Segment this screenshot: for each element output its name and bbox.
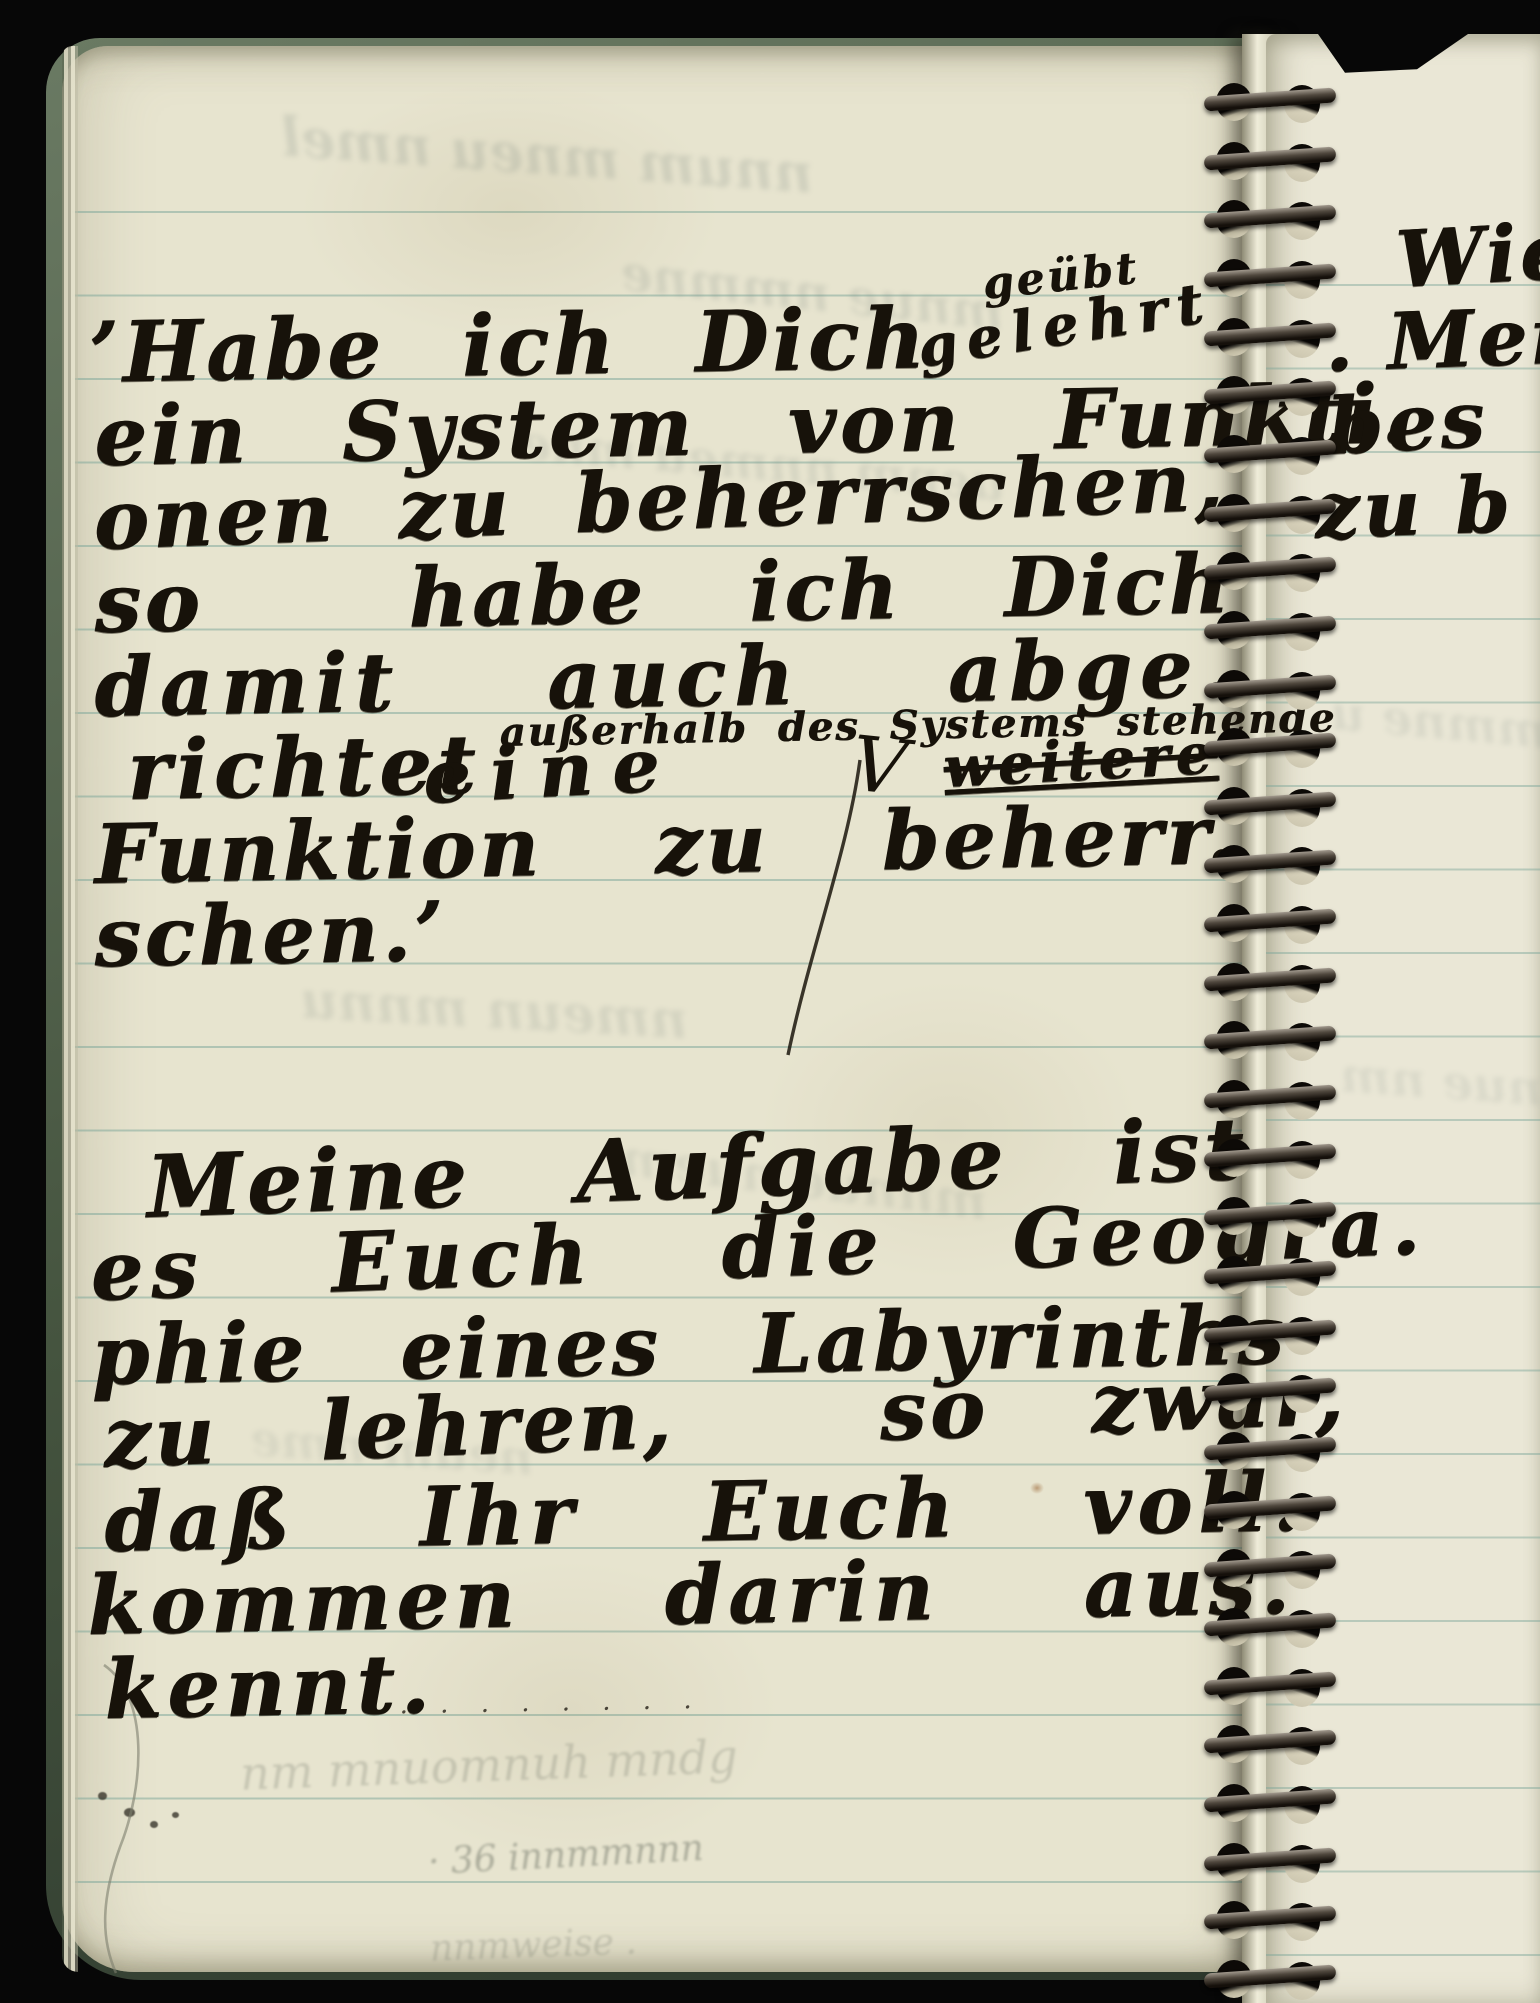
line-funktion: Funktion zu beherr. xyxy=(94,794,1239,896)
fragment-mei: . Mei xyxy=(1323,298,1540,384)
struck-word: weitere xyxy=(942,726,1218,796)
ink-dot xyxy=(150,1821,158,1828)
ink-dot xyxy=(98,1792,107,1800)
line-schen: schen.’ xyxy=(94,891,448,979)
fragment-zu-b: zu b xyxy=(1313,466,1514,551)
notebook-photo: nnum mneu nmelmnue nmmneuenm nnmeu mnenm… xyxy=(0,0,1540,2003)
line-kennt: kennt. xyxy=(104,1643,436,1731)
fragment-wie: Wie xyxy=(1394,213,1540,300)
fragment-bes: bes xyxy=(1326,381,1490,467)
ink-dot xyxy=(124,1808,135,1817)
ink-dot xyxy=(172,1812,179,1818)
page-stack-edge xyxy=(62,46,82,1972)
pencil-smudge: nnmweise . xyxy=(429,1924,637,1967)
trailing-dots: · · · · · · · · xyxy=(400,1695,704,1726)
line-kommen: kommen darin aus. xyxy=(87,1544,1296,1647)
